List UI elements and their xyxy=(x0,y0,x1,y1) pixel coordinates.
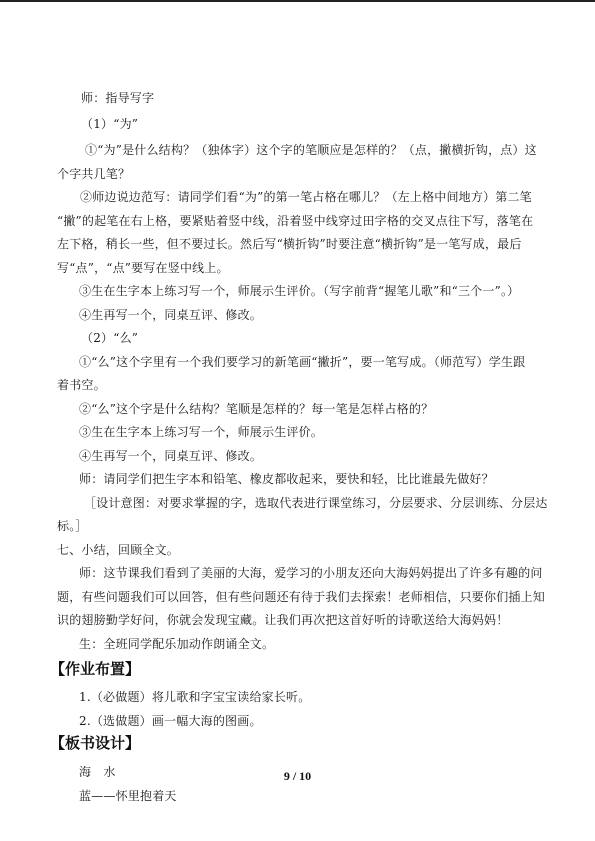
text-line: 左下格，稍长一些，但不要过长。然后写“横折钩”时要注意“横折钩”是一笔写成，最后 xyxy=(57,237,522,251)
text-line: ①“么”这个字里有一个我们要学习的新笔画“撇折”，要一笔写成。（师范写）学生跟 xyxy=(79,355,525,369)
design-intent-note-end: 标。］ xyxy=(57,519,88,533)
text-line: ①“为”是什么结构？（独体字）这个字的笔顺应是怎样的？（点，撇横折钩，点）这 xyxy=(85,143,537,157)
section-heading-summary: 七、小结，回顾全文。 xyxy=(57,543,179,557)
text-line-item-2-heading: （2）“么” xyxy=(81,331,138,345)
text-line: 题，有些问题我们可以回答，但有些问题还有待于我们去探索！老师相信，只要你们插上知 xyxy=(57,590,545,604)
text-line: 生：全班同学配乐加动作朗诵全文。 xyxy=(79,637,274,651)
board-design-line: 蓝——怀里抱着天 xyxy=(79,789,177,803)
text-line-teacher-guide: 师：指导写字 xyxy=(81,91,154,105)
homework-item: 2.（选做题）画一幅大海的图画。 xyxy=(79,714,262,728)
text-line: 师：这节课我们看到了美丽的大海，爱学习的小朋友还向大海妈妈提出了许多有趣的问 xyxy=(79,566,543,580)
text-line: ②师边说边范写：请同学们看“为”的第一笔占格在哪儿？（左上格中间地方）第二笔 xyxy=(80,190,532,204)
page-number: 9 / 10 xyxy=(0,769,595,783)
text-line: 识的翅膀勤学好问，你就会发现宝藏。让我们再次把这首好听的诗歌送给大海妈妈！ xyxy=(57,613,508,627)
design-intent-note: ［设计意图：对要求掌握的字，选取代表进行课堂练习，分层要求、分层训练、分层达 xyxy=(84,496,548,510)
homework-heading: 【作业布置】 xyxy=(50,660,140,678)
document-page: 师：指导写字 （1）“为” ①“为”是什么结构？（独体字）这个字的笔顺应是怎样的… xyxy=(0,0,595,841)
text-line: 着书空。 xyxy=(57,378,106,392)
text-line: “撇”的起笔在右上格，要紧贴着竖中线，沿着竖中线穿过田字格的交叉点往下写，落笔在 xyxy=(57,214,533,228)
text-line: ③生在生字本上练习写一个，师展示生评价。 xyxy=(79,425,323,439)
text-line: 个字共几笔？ xyxy=(57,167,130,181)
text-line: ②“么”这个字是什么结构？笔顺是怎样的？每一笔是怎样占格的？ xyxy=(79,402,433,416)
text-line-item-1-heading: （1）“为” xyxy=(81,117,138,131)
text-line: ④生再写一个，同桌互评、修改。 xyxy=(79,308,262,322)
text-line: 师：请同学们把生字本和铅笔、橡皮都收起来，要快和轻，比比谁最先做好？ xyxy=(79,472,494,486)
text-line: ③生在生字本上练习写一个，师展示生评价。（写字前背“握笔儿歌”和“三个一”。） xyxy=(79,284,519,298)
board-design-heading: 【板书设计】 xyxy=(50,734,140,752)
text-line: 写“点”，“点”要写在竖中线上。 xyxy=(57,261,229,275)
homework-item: 1.（必做题）将儿歌和字宝宝读给家长听。 xyxy=(79,690,310,704)
text-line: ④生再写一个，同桌互评、修改。 xyxy=(79,449,262,463)
